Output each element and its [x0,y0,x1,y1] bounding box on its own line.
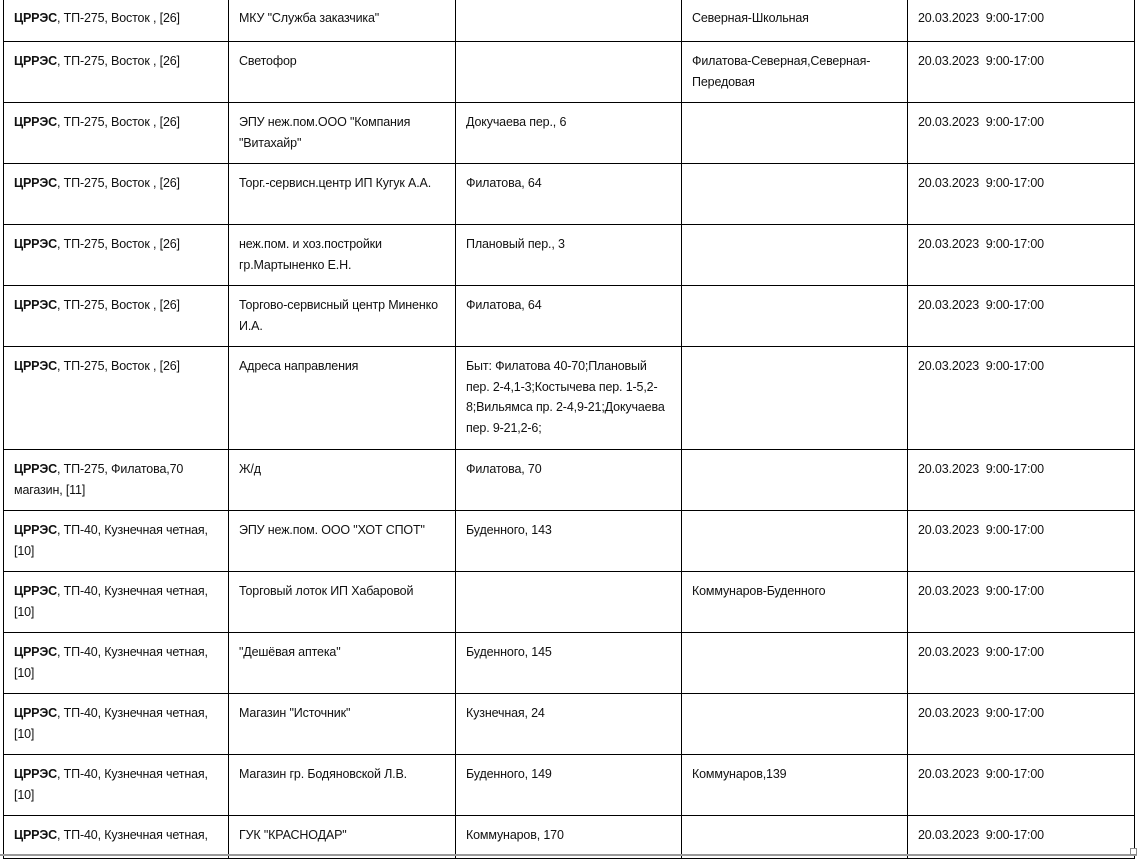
region-network-label: ЦРРЭС [14,523,57,537]
cell-region: ЦРРЭС, ТП-275, Восток , [26] [4,164,229,225]
cell-outage-datetime: 20.03.2023 9:00-17:00 [908,286,1135,347]
region-network-label: ЦРРЭС [14,706,57,720]
cell-streets [682,286,908,347]
cell-outage-datetime: 20.03.2023 9:00-17:00 [908,694,1135,755]
cell-outage-datetime: 20.03.2023 9:00-17:00 [908,633,1135,694]
cell-streets [682,694,908,755]
cell-outage-datetime: 20.03.2023 9:00-17:00 [908,511,1135,572]
cell-region: ЦРРЭС, ТП-40, Кузнечная четная, [10] [4,572,229,633]
cell-region: ЦРРЭС, ТП-275, Восток , [26] [4,225,229,286]
region-network-label: ЦРРЭС [14,828,57,842]
region-network-label: ЦРРЭС [14,11,57,25]
cell-streets [682,225,908,286]
cell-address: Буденного, 149 [456,755,682,816]
region-network-label: ЦРРЭС [14,176,57,190]
region-network-label: ЦРРЭС [14,298,57,312]
region-substation-label: , ТП-275, Восток , [26] [57,115,180,129]
cell-region: ЦРРЭС, ТП-275, Восток , [26] [4,42,229,103]
cell-consumer: Адреса направления [229,347,456,450]
table-row: ЦРРЭС, ТП-275, Восток , [26] ЭПУ неж.пом… [4,103,1135,164]
region-network-label: ЦРРЭС [14,645,57,659]
cell-streets [682,164,908,225]
cell-outage-datetime: 20.03.2023 9:00-17:00 [908,450,1135,511]
cell-consumer: Магазин гр. Бодяновской Л.В. [229,755,456,816]
table-row: ЦРРЭС, ТП-275, Восток , [26] МКУ "Служба… [4,0,1135,42]
region-network-label: ЦРРЭС [14,237,57,251]
region-network-label: ЦРРЭС [14,462,57,476]
region-substation-label: , ТП-275, Восток , [26] [57,237,180,251]
cell-region: ЦРРЭС, ТП-40, Кузнечная четная, [10] [4,694,229,755]
cell-streets [682,633,908,694]
table-row: ЦРРЭС, ТП-275, Филатова,70 магазин, [11]… [4,450,1135,511]
cell-address [456,572,682,633]
cell-consumer: Магазин "Источник" [229,694,456,755]
document-page: ЦРРЭС, ТП-275, Восток , [26] МКУ "Служба… [0,0,1137,859]
cell-address: Кузнечная, 24 [456,694,682,755]
table-row: ЦРРЭС, ТП-40, Кузнечная четная, [10] Тор… [4,572,1135,633]
cell-address: Буденного, 143 [456,511,682,572]
region-substation-label: , ТП-275, Восток , [26] [57,176,180,190]
power-outage-table: ЦРРЭС, ТП-275, Восток , [26] МКУ "Служба… [3,0,1135,859]
cell-outage-datetime: 20.03.2023 9:00-17:00 [908,347,1135,450]
table-row: ЦРРЭС, ТП-40, Кузнечная четная, [10] Маг… [4,694,1135,755]
cell-outage-datetime: 20.03.2023 9:00-17:00 [908,0,1135,42]
cell-outage-datetime: 20.03.2023 9:00-17:00 [908,816,1135,859]
cell-consumer: ЭПУ неж.пом.ООО "Компания "Витахайр" [229,103,456,164]
table-row: ЦРРЭС, ТП-275, Восток , [26] Торгово-сер… [4,286,1135,347]
cell-address: Филатова, 64 [456,164,682,225]
cell-streets: Филатова-Северная,Северная-Передовая [682,42,908,103]
cell-region: ЦРРЭС, ТП-275, Восток , [26] [4,103,229,164]
table-row: ЦРРЭС, ТП-40, Кузнечная четная, [10] Маг… [4,755,1135,816]
region-substation-label: , ТП-40, Кузнечная четная, [57,828,208,842]
cell-consumer: Светофор [229,42,456,103]
cell-address: Буденного, 145 [456,633,682,694]
cell-region: ЦРРЭС, ТП-40, Кузнечная четная, [10] [4,755,229,816]
cell-address: Докучаева пер., 6 [456,103,682,164]
cell-streets: Коммунаров,139 [682,755,908,816]
region-network-label: ЦРРЭС [14,115,57,129]
cell-outage-datetime: 20.03.2023 9:00-17:00 [908,42,1135,103]
region-network-label: ЦРРЭС [14,359,57,373]
cell-outage-datetime: 20.03.2023 9:00-17:00 [908,164,1135,225]
cell-consumer: "Дешёвая аптека" [229,633,456,694]
table-row: ЦРРЭС, ТП-40, Кузнечная четная, [10] "Де… [4,633,1135,694]
cell-streets [682,450,908,511]
table-resize-handle-icon[interactable] [1130,848,1137,855]
cell-region: ЦРРЭС, ТП-40, Кузнечная четная, [10] [4,633,229,694]
cell-address: Быт: Филатова 40-70;Плановый пер. 2-4,1-… [456,347,682,450]
region-substation-label: , ТП-275, Восток , [26] [57,298,180,312]
cell-streets [682,103,908,164]
cell-region: ЦРРЭС, ТП-40, Кузнечная четная, [10] [4,511,229,572]
cell-outage-datetime: 20.03.2023 9:00-17:00 [908,103,1135,164]
region-network-label: ЦРРЭС [14,767,57,781]
cell-consumer: Ж/д [229,450,456,511]
cell-outage-datetime: 20.03.2023 9:00-17:00 [908,572,1135,633]
table-row: ЦРРЭС, ТП-275, Восток , [26] Адреса напр… [4,347,1135,450]
cell-consumer: Торгово-сервисный центр Миненко И.А. [229,286,456,347]
cell-streets [682,347,908,450]
cell-streets: Коммунаров-Буденного [682,572,908,633]
cell-address: Плановый пер., 3 [456,225,682,286]
cell-consumer: МКУ "Служба заказчика" [229,0,456,42]
cell-outage-datetime: 20.03.2023 9:00-17:00 [908,755,1135,816]
cell-region: ЦРРЭС, ТП-40, Кузнечная четная, [4,816,229,859]
cell-consumer: ГУК "КРАСНОДАР" [229,816,456,859]
cell-address [456,42,682,103]
cell-address: Коммунаров, 170 [456,816,682,859]
table-row: ЦРРЭС, ТП-275, Восток , [26] неж.пом. и … [4,225,1135,286]
region-substation-label: , ТП-275, Восток , [26] [57,11,180,25]
region-network-label: ЦРРЭС [14,584,57,598]
cell-consumer: Торг.-сервисн.центр ИП Кугук А.А. [229,164,456,225]
cell-region: ЦРРЭС, ТП-275, Восток , [26] [4,0,229,42]
region-substation-label: , ТП-275, Восток , [26] [57,359,180,373]
cell-outage-datetime: 20.03.2023 9:00-17:00 [908,225,1135,286]
cell-address: Филатова, 70 [456,450,682,511]
cell-region: ЦРРЭС, ТП-275, Восток , [26] [4,286,229,347]
cell-streets: Северная-Школьная [682,0,908,42]
cell-consumer: ЭПУ неж.пом. ООО "ХОТ СПОТ" [229,511,456,572]
cell-address [456,0,682,42]
cell-consumer: неж.пом. и хоз.постройки гр.Мартыненко Е… [229,225,456,286]
cell-consumer: Торговый лоток ИП Хабаровой [229,572,456,633]
table-row: ЦРРЭС, ТП-275, Восток , [26] Торг.-серви… [4,164,1135,225]
cell-region: ЦРРЭС, ТП-275, Филатова,70 магазин, [11] [4,450,229,511]
cell-streets [682,816,908,859]
region-substation-label: , ТП-275, Восток , [26] [57,54,180,68]
table-row: ЦРРЭС, ТП-40, Кузнечная четная, [10] ЭПУ… [4,511,1135,572]
region-network-label: ЦРРЭС [14,54,57,68]
page-bottom-border [0,854,1137,856]
table-row: ЦРРЭС, ТП-275, Восток , [26] Светофор Фи… [4,42,1135,103]
cell-region: ЦРРЭС, ТП-275, Восток , [26] [4,347,229,450]
table-row: ЦРРЭС, ТП-40, Кузнечная четная, ГУК "КРА… [4,816,1135,859]
cell-streets [682,511,908,572]
cell-address: Филатова, 64 [456,286,682,347]
